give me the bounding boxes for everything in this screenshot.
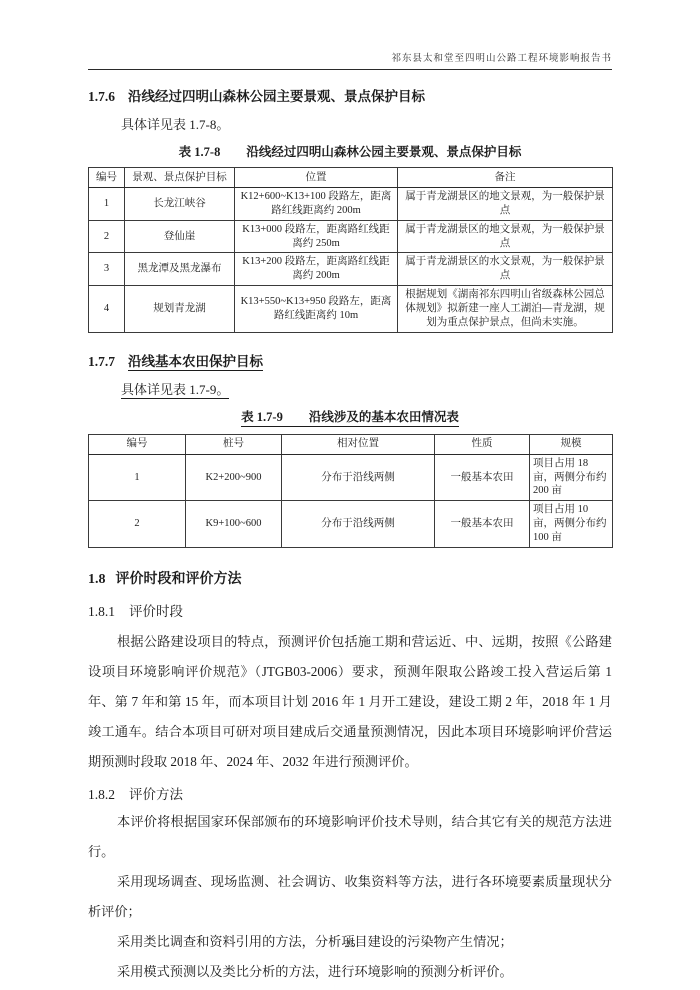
- table-header-cell: 备注: [398, 168, 613, 188]
- paragraph: 采用模式预测以及类比分析的方法，进行环境影响的预测分析评价。: [88, 957, 612, 987]
- section-number: 1.8: [88, 572, 106, 587]
- table-cell: 项目占用 10 亩，两侧分布约 100 亩: [530, 501, 613, 548]
- section-1-7-6-intro: 具体详见表 1.7-8。: [88, 114, 612, 133]
- table-row: 2 K9+100~600 分布于沿线两侧 一般基本农田 项目占用 10 亩，两侧…: [89, 501, 613, 548]
- section-number: 1.7.7: [88, 354, 115, 369]
- header-rule: [88, 69, 612, 70]
- table-row: 1 K2+200~900 分布于沿线两侧 一般基本农田 项目占用 18 亩，两侧…: [89, 454, 613, 501]
- table-row: 3 黑龙潭及黑龙瀑布 K13+200 段路左，距离路红线距离约 200m 属于青…: [89, 253, 613, 286]
- section-title: 评价时段: [129, 604, 183, 619]
- table-cell: 分布于沿线两侧: [282, 501, 435, 548]
- intro-text: 具体详见表 1.7-9。: [121, 382, 229, 399]
- table-1-7-8-caption: 表 1.7-8沿线经过四明山森林公园主要景观、景点保护目标: [88, 142, 612, 160]
- table-cell: 长龙江峡谷: [125, 188, 235, 221]
- paragraph: 根据公路建设项目的特点，预测评价包括施工期和营运近、中、远期，按照《公路建设项目…: [88, 627, 612, 777]
- caption-wrap: 表 1.7-9沿线涉及的基本农田情况表: [241, 407, 459, 427]
- section-number: 1.7.6: [88, 89, 115, 104]
- section-heading-1-8: 1.8评价时段和评价方法: [88, 568, 612, 588]
- document-page: 祁东县太和堂至四明山公路工程环境影响报告书 1.7.6沿线经过四明山森林公园主要…: [0, 0, 700, 990]
- caption-label: 表 1.7-9: [241, 410, 309, 424]
- table-header-row: 编号 景观、景点保护目标 位置 备注: [89, 168, 613, 188]
- table-row: 1 长龙江峡谷 K12+600~K13+100 段路左，距离路红线距离约 200…: [89, 188, 613, 221]
- table-header-cell: 编号: [89, 168, 125, 188]
- table-cell: 项目占用 18 亩，两侧分布约 200 亩: [530, 454, 613, 501]
- section-number: 1.8.2: [88, 787, 115, 802]
- table-row: 2 登仙崖 K13+000 段路左，距离路红线距离约 250m 属于青龙湖景区的…: [89, 220, 613, 253]
- table-cell: 1: [89, 188, 125, 221]
- section-title: 沿线经过四明山森林公园主要景观、景点保护目标: [128, 89, 425, 104]
- intro-text: 具体详见表 1.7-8。: [121, 117, 229, 132]
- table-1-7-9: 编号 桩号 相对位置 性质 规模 1 K2+200~900 分布于沿线两侧 一般…: [88, 434, 613, 548]
- page-content: 祁东县太和堂至四明山公路工程环境影响报告书 1.7.6沿线经过四明山森林公园主要…: [0, 0, 700, 987]
- table-1-7-8: 编号 景观、景点保护目标 位置 备注 1 长龙江峡谷 K12+600~K13+1…: [88, 167, 613, 333]
- table-header-cell: 性质: [435, 434, 530, 454]
- page-number: 25: [0, 938, 700, 950]
- table-row: 4 规划青龙湖 K13+550~K13+950 段路左，距离路红线距离约 10m…: [89, 286, 613, 333]
- section-title: 沿线基本农田保护目标: [128, 354, 263, 371]
- caption-wrap: 表 1.7-8沿线经过四明山森林公园主要景观、景点保护目标: [179, 142, 522, 160]
- table-cell: 属于青龙湖景区的地文景观，为一般保护景点: [398, 188, 613, 221]
- section-heading-1-7-6: 1.7.6沿线经过四明山森林公园主要景观、景点保护目标: [88, 85, 612, 105]
- table-cell: 4: [89, 286, 125, 333]
- table-cell: 2: [89, 220, 125, 253]
- table-cell: 登仙崖: [125, 220, 235, 253]
- table-cell: K13+000 段路左，距离路红线距离约 250m: [235, 220, 398, 253]
- table-cell: 根据规划《湖南祁东四明山省级森林公园总体规划》拟新建一座人工湖泊—青龙湖，规划为…: [398, 286, 613, 333]
- section-title: 评价方法: [129, 787, 183, 802]
- table-header-cell: 规模: [530, 434, 613, 454]
- table-cell: K12+600~K13+100 段路左，距离路红线距离约 200m: [235, 188, 398, 221]
- table-header-cell: 位置: [235, 168, 398, 188]
- caption-title: 沿线涉及的基本农田情况表: [309, 410, 459, 424]
- table-cell: K13+550~K13+950 段路左，距离路红线距离约 10m: [235, 286, 398, 333]
- running-header: 祁东县太和堂至四明山公路工程环境影响报告书: [88, 0, 612, 64]
- table-header-cell: 编号: [89, 434, 186, 454]
- table-header-cell: 桩号: [186, 434, 282, 454]
- table-cell: K2+200~900: [186, 454, 282, 501]
- section-1-7-7-intro: 具体详见表 1.7-9。: [88, 379, 612, 398]
- table-cell: 3: [89, 253, 125, 286]
- table-cell: K13+200 段路左，距离路红线距离约 200m: [235, 253, 398, 286]
- caption-title: 沿线经过四明山森林公园主要景观、景点保护目标: [246, 145, 521, 159]
- table-cell: 属于青龙湖景区的水文景观，为一般保护景点: [398, 253, 613, 286]
- table-cell: 黑龙潭及黑龙瀑布: [125, 253, 235, 286]
- table-cell: 规划青龙湖: [125, 286, 235, 333]
- table-cell: 2: [89, 501, 186, 548]
- section-title: 评价时段和评价方法: [116, 572, 242, 587]
- caption-label: 表 1.7-8: [179, 145, 247, 159]
- table-header-cell: 景观、景点保护目标: [125, 168, 235, 188]
- section-number: 1.8.1: [88, 604, 115, 619]
- table-cell: 属于青龙湖景区的地文景观，为一般保护景点: [398, 220, 613, 253]
- table-cell: 分布于沿线两侧: [282, 454, 435, 501]
- table-cell: 一般基本农田: [435, 454, 530, 501]
- section-heading-1-7-7: 1.7.7沿线基本农田保护目标: [88, 350, 612, 370]
- table-cell: K9+100~600: [186, 501, 282, 548]
- paragraph: 采用现场调查、现场监测、社会调访、收集资料等方法，进行各环境要素质量现状分析评价…: [88, 867, 612, 927]
- table-1-7-9-caption: 表 1.7-9沿线涉及的基本农田情况表: [88, 407, 612, 427]
- section-heading-1-8-2: 1.8.2评价方法: [88, 783, 612, 803]
- paragraph: 本评价将根据国家环保部颁布的环境影响评价技术导则，结合其它有关的规范方法进行。: [88, 807, 612, 867]
- table-cell: 一般基本农田: [435, 501, 530, 548]
- table-header-row: 编号 桩号 相对位置 性质 规模: [89, 434, 613, 454]
- table-cell: 1: [89, 454, 186, 501]
- section-heading-1-8-1: 1.8.1评价时段: [88, 600, 612, 620]
- table-header-cell: 相对位置: [282, 434, 435, 454]
